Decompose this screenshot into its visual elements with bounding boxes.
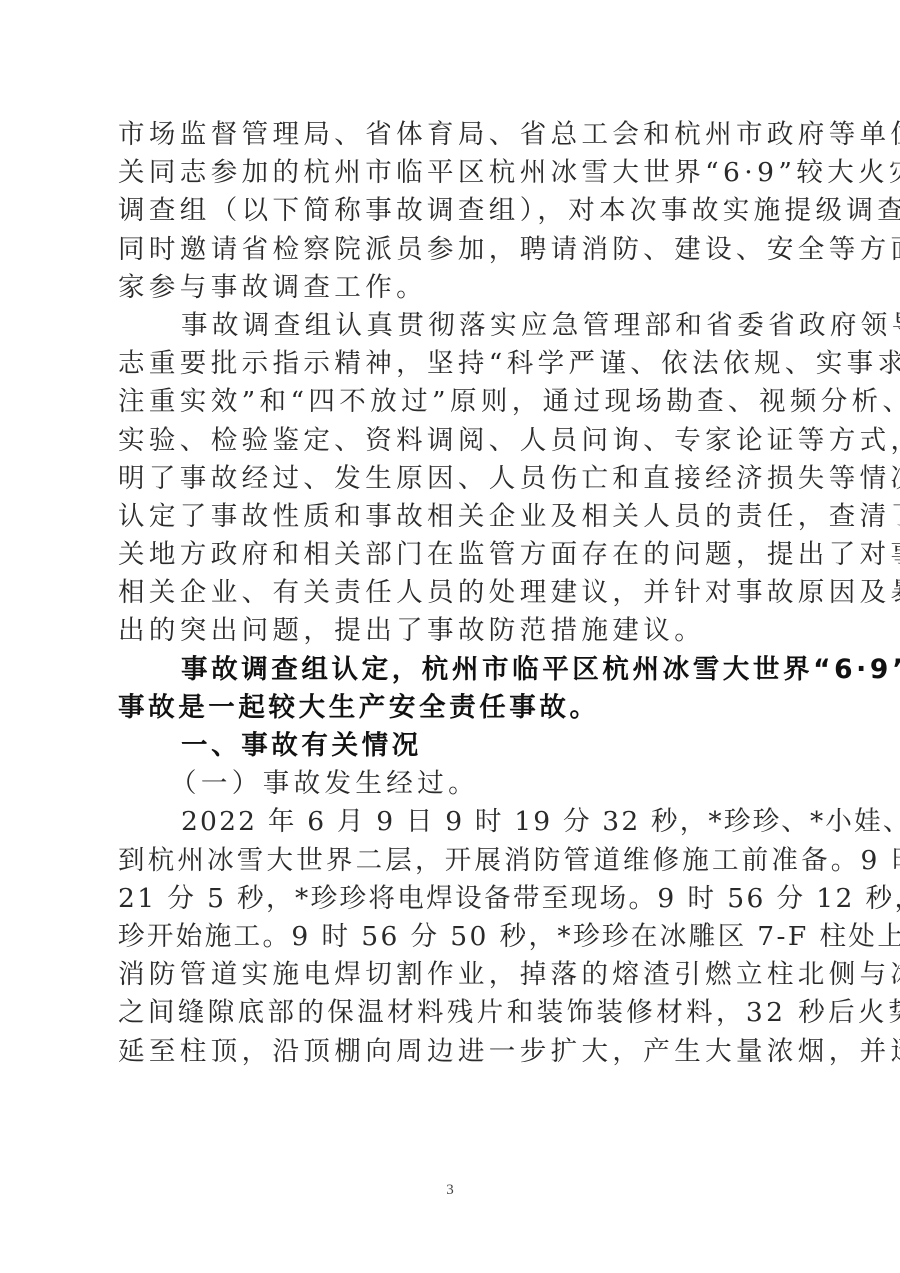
text-line: 珍开始施工。9 时 56 分 50 秒，*珍珍在冰雕区 7-F 柱处上方对 [118,918,780,956]
text-line: 注重实效”和“四不放过”原则，通过现场勘查、视频分析、模拟 [118,383,780,421]
text-line: 出的突出问题，提出了事故防范措施建议。 [118,612,780,650]
text-line: 到杭州冰雪大世界二层，开展消防管道维修施工前准备。9 时 [118,842,780,880]
text-line: 同时邀请省检察院派员参加，聘请消防、建设、安全等方面专 [118,231,780,269]
text-line: 相关企业、有关责任人员的处理建议，并针对事故原因及暴露 [118,574,780,612]
text-line: 志重要批示指示精神，坚持“科学严谨、依法依规、实事求是、 [118,345,780,383]
text-line: 消防管道实施电焊切割作业，掉落的熔渣引燃立柱北侧与冰墙 [118,956,780,994]
text-line: 延至柱顶，沿顶棚向周边进一步扩大，产生大量浓烟，并迅速 [118,1033,780,1071]
paragraph-start-line: 事故调查组认真贯彻落实应急管理部和省委省政府领导同 [118,307,780,345]
page-number: 3 [0,1182,900,1199]
text-line: 调查组（以下简称事故调查组），对本次事故实施提级调查， [118,192,780,230]
subsection-heading: （一）事故发生经过。 [118,765,780,803]
text-line: 认定了事故性质和事故相关企业及相关人员的责任，查清了有 [118,498,780,536]
document-page: 市场监督管理局、省体育局、省总工会和杭州市政府等单位有 关同志参加的杭州市临平区… [118,116,780,1071]
conclusion-line: 事故是一起较大生产安全责任事故。 [118,689,780,727]
text-line: 21 分 5 秒，*珍珍将电焊设备带至现场。9 时 56 分 12 秒，*珍 [118,880,780,918]
text-line: 家参与事故调查工作。 [118,269,780,307]
paragraph-start-line: 2022 年 6 月 9 日 9 时 19 分 32 秒，*珍珍、*小娃、*佳园… [118,803,780,841]
section-heading: 一、事故有关情况 [118,727,780,765]
text-line: 之间缝隙底部的保温材料残片和装饰装修材料，32 秒后火势蔓 [118,994,780,1032]
text-line: 关地方政府和相关部门在监管方面存在的问题，提出了对事故 [118,536,780,574]
text-line: 实验、检验鉴定、资料调阅、人员问询、专家论证等方式，查 [118,422,780,460]
text-line: 市场监督管理局、省体育局、省总工会和杭州市政府等单位有 [118,116,780,154]
conclusion-line: 事故调查组认定，杭州市临平区杭州冰雪大世界“6·9”火灾 [118,651,780,689]
text-line: 关同志参加的杭州市临平区杭州冰雪大世界“6·9”较大火灾事故 [118,154,780,192]
text-line: 明了事故经过、发生原因、人员伤亡和直接经济损失等情况， [118,460,780,498]
